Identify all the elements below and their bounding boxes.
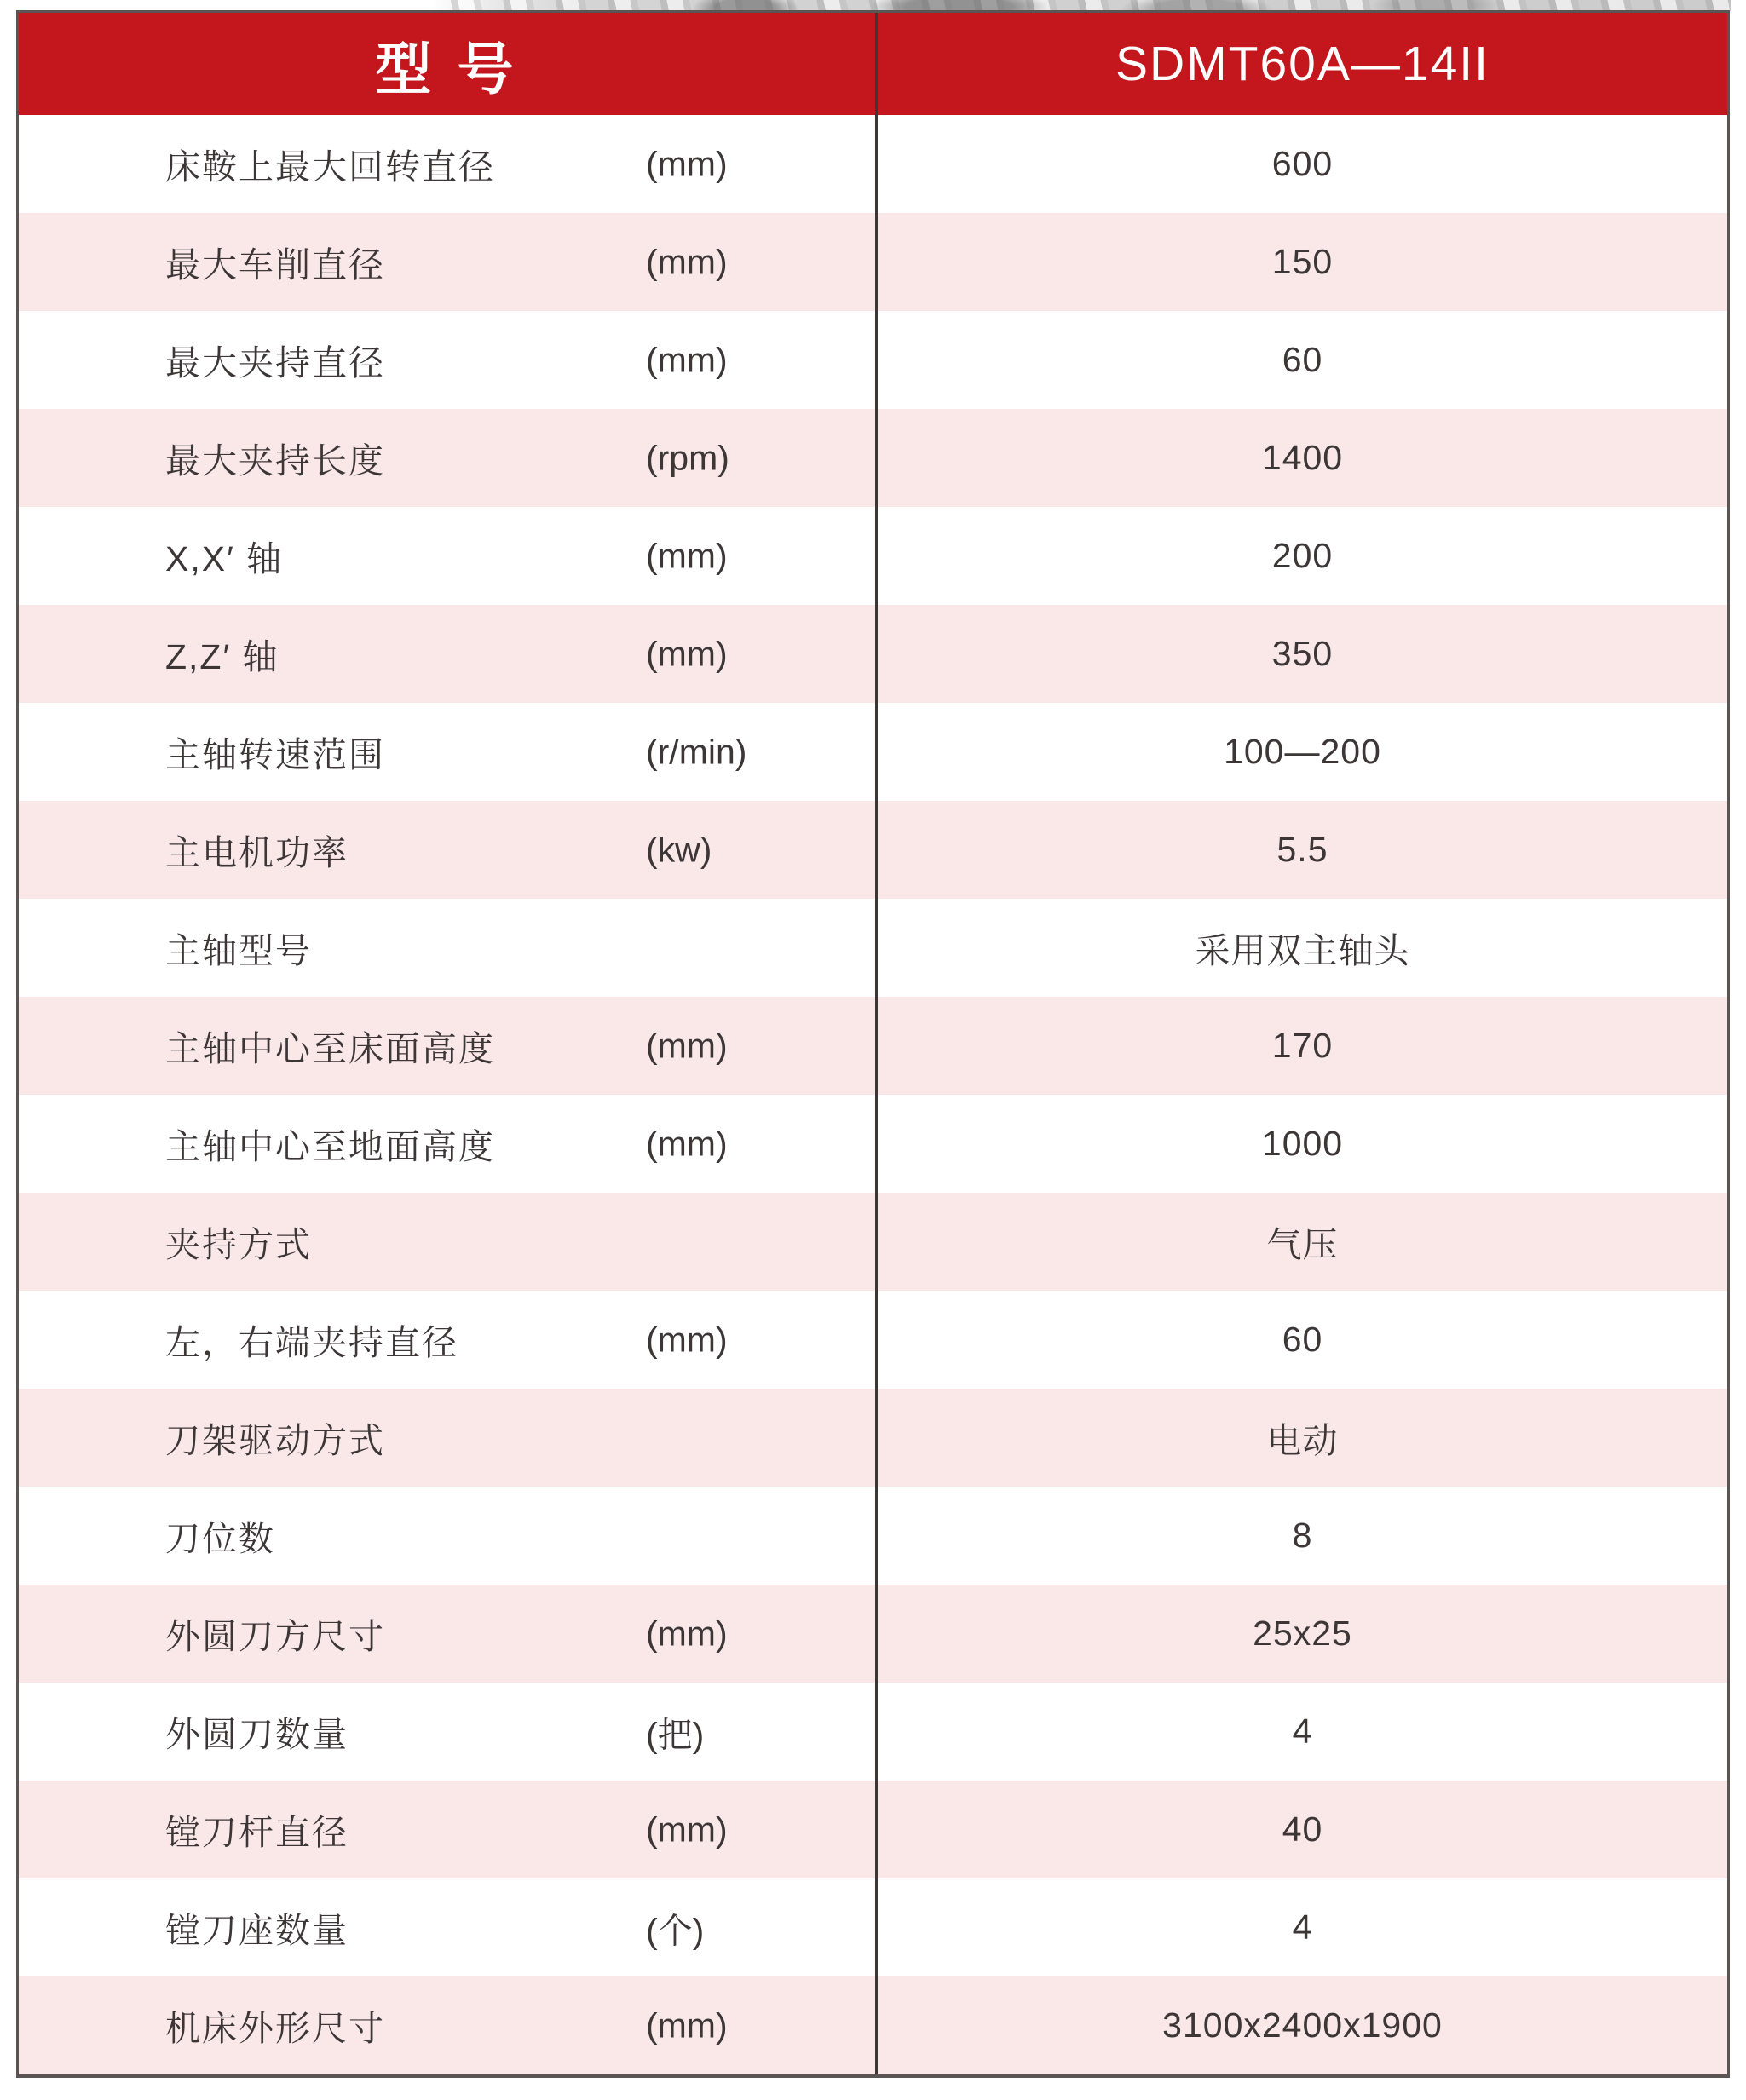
spec-name-cell: 主轴型号	[19, 899, 878, 997]
spec-value-cell: 200	[878, 507, 1727, 605]
spec-label: 机床外形尺寸	[165, 2000, 385, 2051]
table-row: 最大夹持长度(rpm)1400	[19, 409, 1727, 507]
spec-value: 200	[1272, 536, 1333, 576]
spec-name-cell: 镗刀杆直径(mm)	[19, 1781, 878, 1878]
header-model-value: SDMT60A—14II	[878, 13, 1727, 115]
spec-label: 主电机功率	[165, 825, 349, 875]
table-body: 床鞍上最大回转直径(mm)600最大车削直径(mm)150最大夹持直径(mm)6…	[19, 115, 1727, 2074]
spec-name-cell: 刀位数	[19, 1487, 878, 1585]
spec-name-cell: 刀架驱动方式	[19, 1389, 878, 1487]
spec-value: 40	[1282, 1809, 1323, 1850]
spec-label: 最大夹持直径	[165, 335, 385, 385]
spec-value: 气压	[1267, 1217, 1339, 1267]
spec-value-cell: 170	[878, 997, 1727, 1095]
spec-unit: (kw)	[646, 830, 712, 870]
table-row: 外圆刀方尺寸(mm)25x25	[19, 1585, 1727, 1683]
spec-value-cell: 350	[878, 605, 1727, 703]
spec-label: 刀位数	[165, 1510, 275, 1561]
spec-value-cell: 8	[878, 1487, 1727, 1585]
table-row: 刀位数8	[19, 1487, 1727, 1585]
spec-value: 150	[1272, 242, 1333, 282]
spec-value: 电动	[1267, 1412, 1339, 1463]
spec-name-cell: 外圆刀数量(把)	[19, 1683, 878, 1781]
spec-name-cell: 最大夹持直径(mm)	[19, 311, 878, 409]
spec-unit: (把)	[646, 1706, 704, 1757]
spec-unit: (mm)	[646, 1809, 728, 1850]
spec-value-cell: 25x25	[878, 1585, 1727, 1683]
spec-value: 1400	[1262, 438, 1343, 478]
spec-label: 刀架驱动方式	[165, 1412, 385, 1463]
spec-value-cell: 100—200	[878, 703, 1727, 801]
spec-value: 60	[1282, 340, 1323, 380]
spec-name-cell: 主电机功率(kw)	[19, 801, 878, 899]
spec-unit: (r/min)	[646, 732, 746, 772]
spec-value: 600	[1272, 144, 1333, 184]
table-row: 最大车削直径(mm)150	[19, 213, 1727, 311]
spec-value-cell: 1400	[878, 409, 1727, 507]
spec-value-cell: 40	[878, 1781, 1727, 1878]
table-row: 外圆刀数量(把)4	[19, 1683, 1727, 1781]
spec-label: 左，右端夹持直径	[165, 1315, 458, 1365]
spec-label: 最大车削直径	[165, 237, 385, 287]
spec-value: 25x25	[1253, 1614, 1352, 1654]
spec-label: 主轴型号	[165, 923, 312, 973]
table-row: 最大夹持直径(mm)60	[19, 311, 1727, 409]
spec-label: 主轴转速范围	[165, 727, 385, 777]
spec-unit: (rpm)	[646, 438, 729, 478]
spec-value-cell: 150	[878, 213, 1727, 311]
spec-label: 镗刀杆直径	[165, 1804, 349, 1855]
spec-unit: (mm)	[646, 1026, 728, 1066]
spec-value: 采用双主轴头	[1196, 923, 1410, 973]
spec-name-cell: 外圆刀方尺寸(mm)	[19, 1585, 878, 1683]
spec-name-cell: 机床外形尺寸(mm)	[19, 1976, 878, 2074]
spec-value: 350	[1272, 634, 1333, 674]
spec-value-cell: 4	[878, 1878, 1727, 1976]
spec-label: 镗刀座数量	[165, 1902, 349, 1953]
spec-name-cell: 主轴中心至床面高度(mm)	[19, 997, 878, 1095]
spec-unit: (mm)	[646, 1614, 728, 1654]
spec-label: 主轴中心至地面高度	[165, 1119, 495, 1169]
spec-value-cell: 电动	[878, 1389, 1727, 1487]
spec-value-cell: 3100x2400x1900	[878, 1976, 1727, 2074]
spec-value-cell: 600	[878, 115, 1727, 213]
spec-value-cell: 5.5	[878, 801, 1727, 899]
spec-name-cell: 最大夹持长度(rpm)	[19, 409, 878, 507]
spec-name-cell: 床鞍上最大回转直径(mm)	[19, 115, 878, 213]
spec-value: 4	[1293, 1712, 1313, 1752]
spec-unit: (mm)	[646, 340, 728, 380]
spec-name-cell: 主轴转速范围(r/min)	[19, 703, 878, 801]
spec-name-cell: 夹持方式	[19, 1193, 878, 1291]
table-row: 机床外形尺寸(mm)3100x2400x1900	[19, 1976, 1727, 2074]
spec-value-cell: 60	[878, 1291, 1727, 1389]
spec-name-cell: 最大车削直径(mm)	[19, 213, 878, 311]
spec-value: 100—200	[1224, 732, 1381, 772]
spec-sheet-page: 型 号 SDMT60A—14II 床鞍上最大回转直径(mm)600最大车削直径(…	[0, 0, 1746, 2100]
spec-unit: (个)	[646, 1902, 704, 1953]
spec-value-cell: 气压	[878, 1193, 1727, 1291]
table-row: 夹持方式气压	[19, 1193, 1727, 1291]
table-row: 主轴转速范围(r/min)100—200	[19, 703, 1727, 801]
spec-name-cell: X,X′ 轴(mm)	[19, 507, 878, 605]
table-row: 主电机功率(kw)5.5	[19, 801, 1727, 899]
spec-value: 1000	[1262, 1124, 1343, 1164]
spec-table: 型 号 SDMT60A—14II 床鞍上最大回转直径(mm)600最大车削直径(…	[16, 10, 1730, 2078]
table-row: 镗刀座数量(个)4	[19, 1878, 1727, 1976]
spec-label: 外圆刀数量	[165, 1706, 349, 1757]
spec-unit: (mm)	[646, 634, 728, 674]
spec-unit: (mm)	[646, 144, 728, 184]
spec-label: 夹持方式	[165, 1217, 312, 1267]
spec-name-cell: 镗刀座数量(个)	[19, 1878, 878, 1976]
spec-unit: (mm)	[646, 1320, 728, 1360]
table-header-row: 型 号 SDMT60A—14II	[19, 13, 1727, 115]
spec-value-cell: 采用双主轴头	[878, 899, 1727, 997]
spec-value: 8	[1293, 1516, 1313, 1556]
spec-value: 170	[1272, 1026, 1333, 1066]
spec-label: 外圆刀方尺寸	[165, 1608, 385, 1659]
spec-name-cell: 主轴中心至地面高度(mm)	[19, 1095, 878, 1193]
table-row: 镗刀杆直径(mm)40	[19, 1781, 1727, 1878]
spec-value: 4	[1293, 1907, 1313, 1948]
spec-label: Z,Z′ 轴	[165, 629, 279, 679]
spec-name-cell: 左，右端夹持直径(mm)	[19, 1291, 878, 1389]
table-row: 主轴中心至地面高度(mm)1000	[19, 1095, 1727, 1193]
spec-name-cell: Z,Z′ 轴(mm)	[19, 605, 878, 703]
spec-value: 60	[1282, 1320, 1323, 1360]
spec-unit: (mm)	[646, 242, 728, 282]
table-row: X,X′ 轴(mm)200	[19, 507, 1727, 605]
spec-label: 最大夹持长度	[165, 433, 385, 483]
spec-value-cell: 60	[878, 311, 1727, 409]
table-row: 左，右端夹持直径(mm)60	[19, 1291, 1727, 1389]
spec-value: 3100x2400x1900	[1162, 2005, 1443, 2045]
spec-unit: (mm)	[646, 1124, 728, 1164]
table-row: 主轴中心至床面高度(mm)170	[19, 997, 1727, 1095]
spec-label: X,X′ 轴	[165, 531, 283, 581]
spec-unit: (mm)	[646, 2005, 728, 2045]
spec-unit: (mm)	[646, 536, 728, 576]
spec-value-cell: 1000	[878, 1095, 1727, 1193]
header-model-label: 型 号	[19, 13, 878, 115]
spec-value-cell: 4	[878, 1683, 1727, 1781]
spec-label: 床鞍上最大回转直径	[165, 139, 495, 189]
spec-value: 5.5	[1277, 830, 1328, 870]
table-row: 刀架驱动方式电动	[19, 1389, 1727, 1487]
table-row: Z,Z′ 轴(mm)350	[19, 605, 1727, 703]
table-row: 主轴型号采用双主轴头	[19, 899, 1727, 997]
spec-label: 主轴中心至床面高度	[165, 1021, 495, 1071]
table-row: 床鞍上最大回转直径(mm)600	[19, 115, 1727, 213]
